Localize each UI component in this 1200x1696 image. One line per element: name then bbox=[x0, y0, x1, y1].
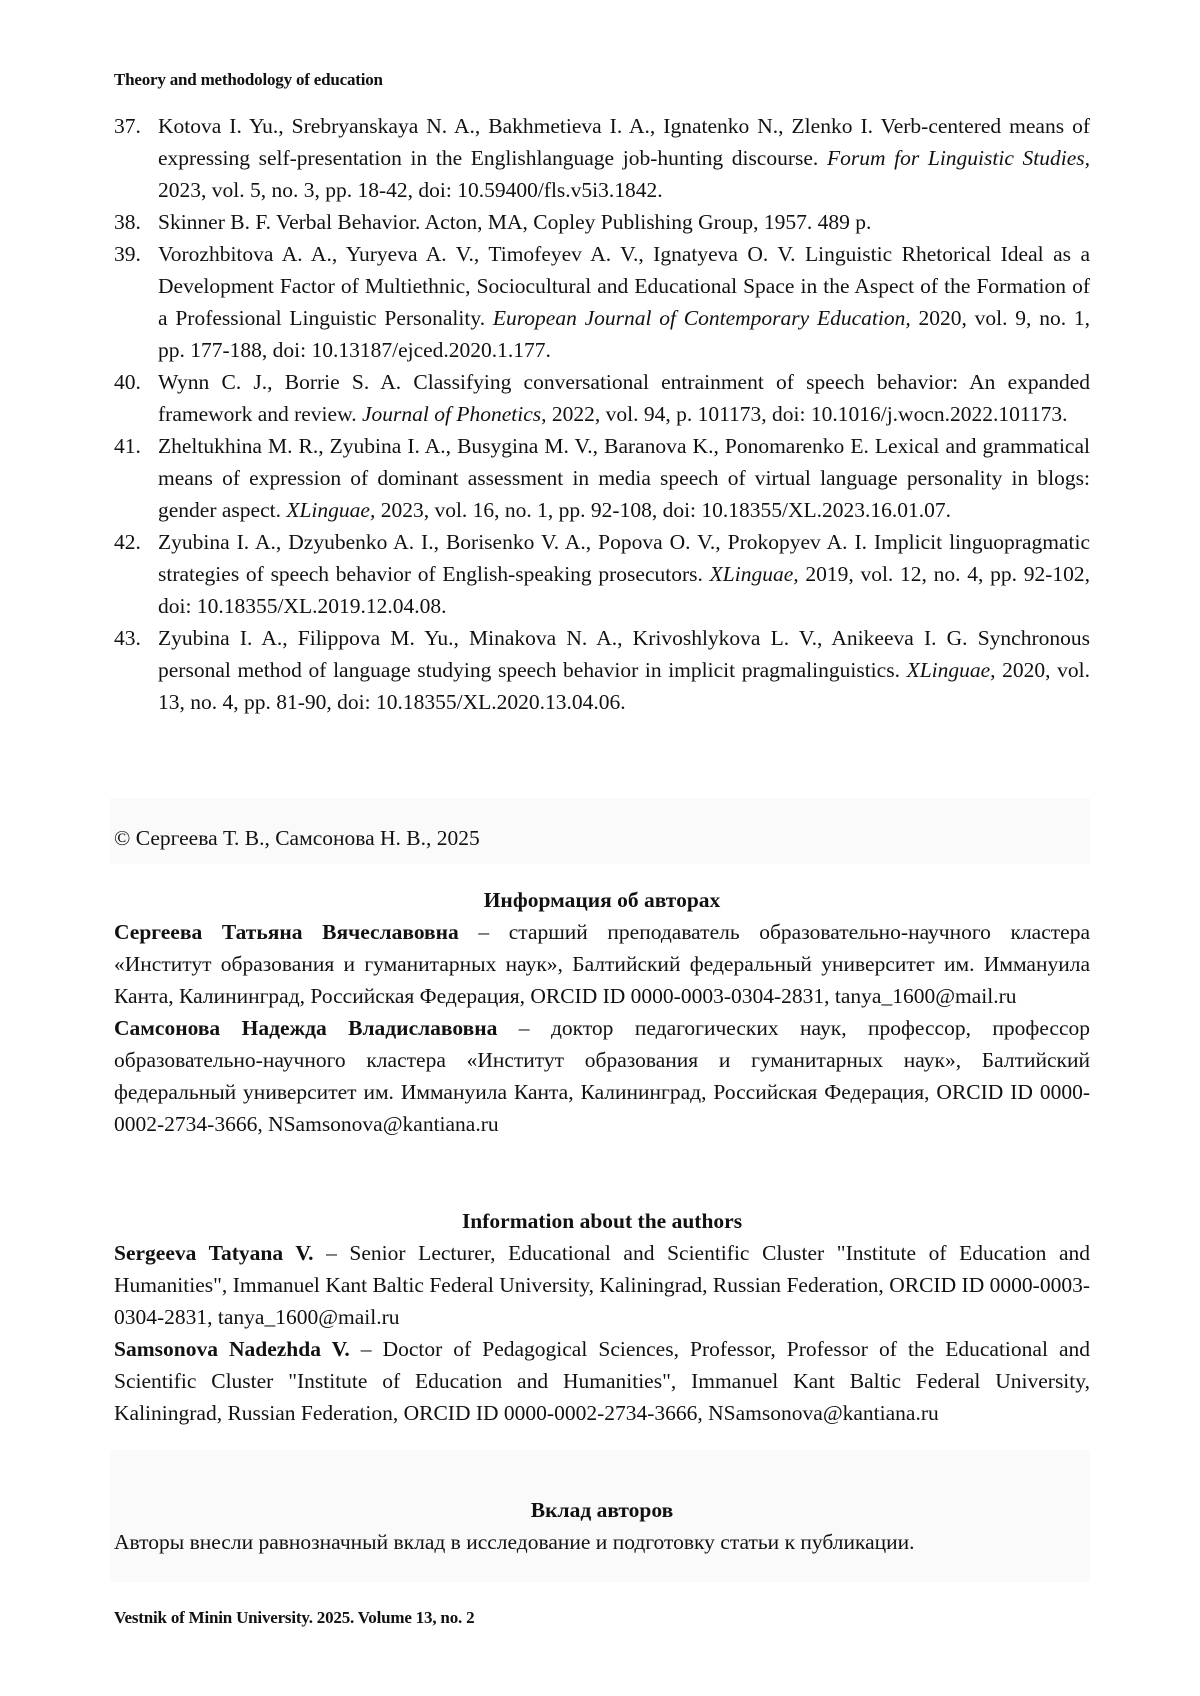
reference-journal: Journal of Phonetics, bbox=[362, 402, 547, 426]
reference-details: 2023, vol. 16, no. 1, pp. 92-108, doi: 1… bbox=[375, 498, 951, 522]
reference-number: 38. bbox=[114, 206, 141, 238]
author-entry: Сергеева Татьяна Вячеславовна – старший … bbox=[114, 916, 1090, 1012]
reference-item: 42.Zyubina I. A., Dzyubenko A. I., Boris… bbox=[114, 526, 1090, 622]
reference-number: 41. bbox=[114, 430, 141, 462]
reference-number: 43. bbox=[114, 622, 141, 654]
reference-number: 37. bbox=[114, 110, 141, 142]
reference-journal: European Journal of Contemporary Educati… bbox=[493, 306, 911, 330]
reference-list: 37.Kotova I. Yu., Srebryanskaya N. A., B… bbox=[114, 110, 1090, 718]
reference-item: 37.Kotova I. Yu., Srebryanskaya N. A., B… bbox=[114, 110, 1090, 206]
reference-item: 43.Zyubina I. A., Filippova M. Yu., Mina… bbox=[114, 622, 1090, 718]
running-header: Theory and methodology of education bbox=[114, 70, 383, 90]
contribution-title: Вклад авторов bbox=[114, 1494, 1090, 1526]
author-name: Sergeeva Tatyana V. bbox=[114, 1241, 313, 1265]
authors-info-ru: Информация об авторах Сергеева Татьяна В… bbox=[114, 884, 1090, 1140]
contribution-text: Авторы внесли равнозначный вклад в иссле… bbox=[114, 1526, 1090, 1558]
copyright-notice: © Сергеева Т. В., Самсонова Н. В., 2025 bbox=[114, 822, 480, 854]
reference-text: Skinner B. F. Verbal Behavior. Acton, MA… bbox=[158, 210, 871, 234]
authors-info-en-title: Information about the authors bbox=[114, 1205, 1090, 1237]
author-name: Сергеева Татьяна Вячеславовна bbox=[114, 920, 459, 944]
reference-journal: XLinguae, bbox=[286, 498, 375, 522]
author-entry: Samsonova Nadezhda V. – Doctor of Pedago… bbox=[114, 1333, 1090, 1429]
reference-journal: Forum for Linguistic Studies, bbox=[827, 146, 1090, 170]
authors-contribution: Вклад авторов Авторы внесли равнозначный… bbox=[114, 1494, 1090, 1558]
reference-details: 2022, vol. 94, p. 101173, doi: 10.1016/j… bbox=[546, 402, 1067, 426]
authors-info-ru-title: Информация об авторах bbox=[114, 884, 1090, 916]
reference-item: 38.Skinner B. F. Verbal Behavior. Acton,… bbox=[114, 206, 1090, 238]
reference-number: 39. bbox=[114, 238, 141, 270]
reference-number: 42. bbox=[114, 526, 141, 558]
author-name: Samsonova Nadezhda V. bbox=[114, 1337, 350, 1361]
reference-item: 41.Zheltukhina M. R., Zyubina I. A., Bus… bbox=[114, 430, 1090, 526]
author-entry: Самсонова Надежда Владиславовна – доктор… bbox=[114, 1012, 1090, 1140]
reference-item: 39.Vorozhbitova A. A., Yuryeva A. V., Ti… bbox=[114, 238, 1090, 366]
authors-info-en: Information about the authors Sergeeva T… bbox=[114, 1205, 1090, 1429]
reference-journal: XLinguae, bbox=[710, 562, 799, 586]
author-name: Самсонова Надежда Владиславовна bbox=[114, 1016, 497, 1040]
running-footer: Vestnik of Minin University. 2025. Volum… bbox=[114, 1608, 474, 1628]
reference-number: 40. bbox=[114, 366, 141, 398]
reference-item: 40.Wynn C. J., Borrie S. A. Classifying … bbox=[114, 366, 1090, 430]
reference-journal: XLinguae, bbox=[907, 658, 996, 682]
author-entry: Sergeeva Tatyana V. – Senior Lecturer, E… bbox=[114, 1237, 1090, 1333]
reference-details: 2023, vol. 5, no. 3, pp. 18-42, doi: 10.… bbox=[158, 178, 663, 202]
